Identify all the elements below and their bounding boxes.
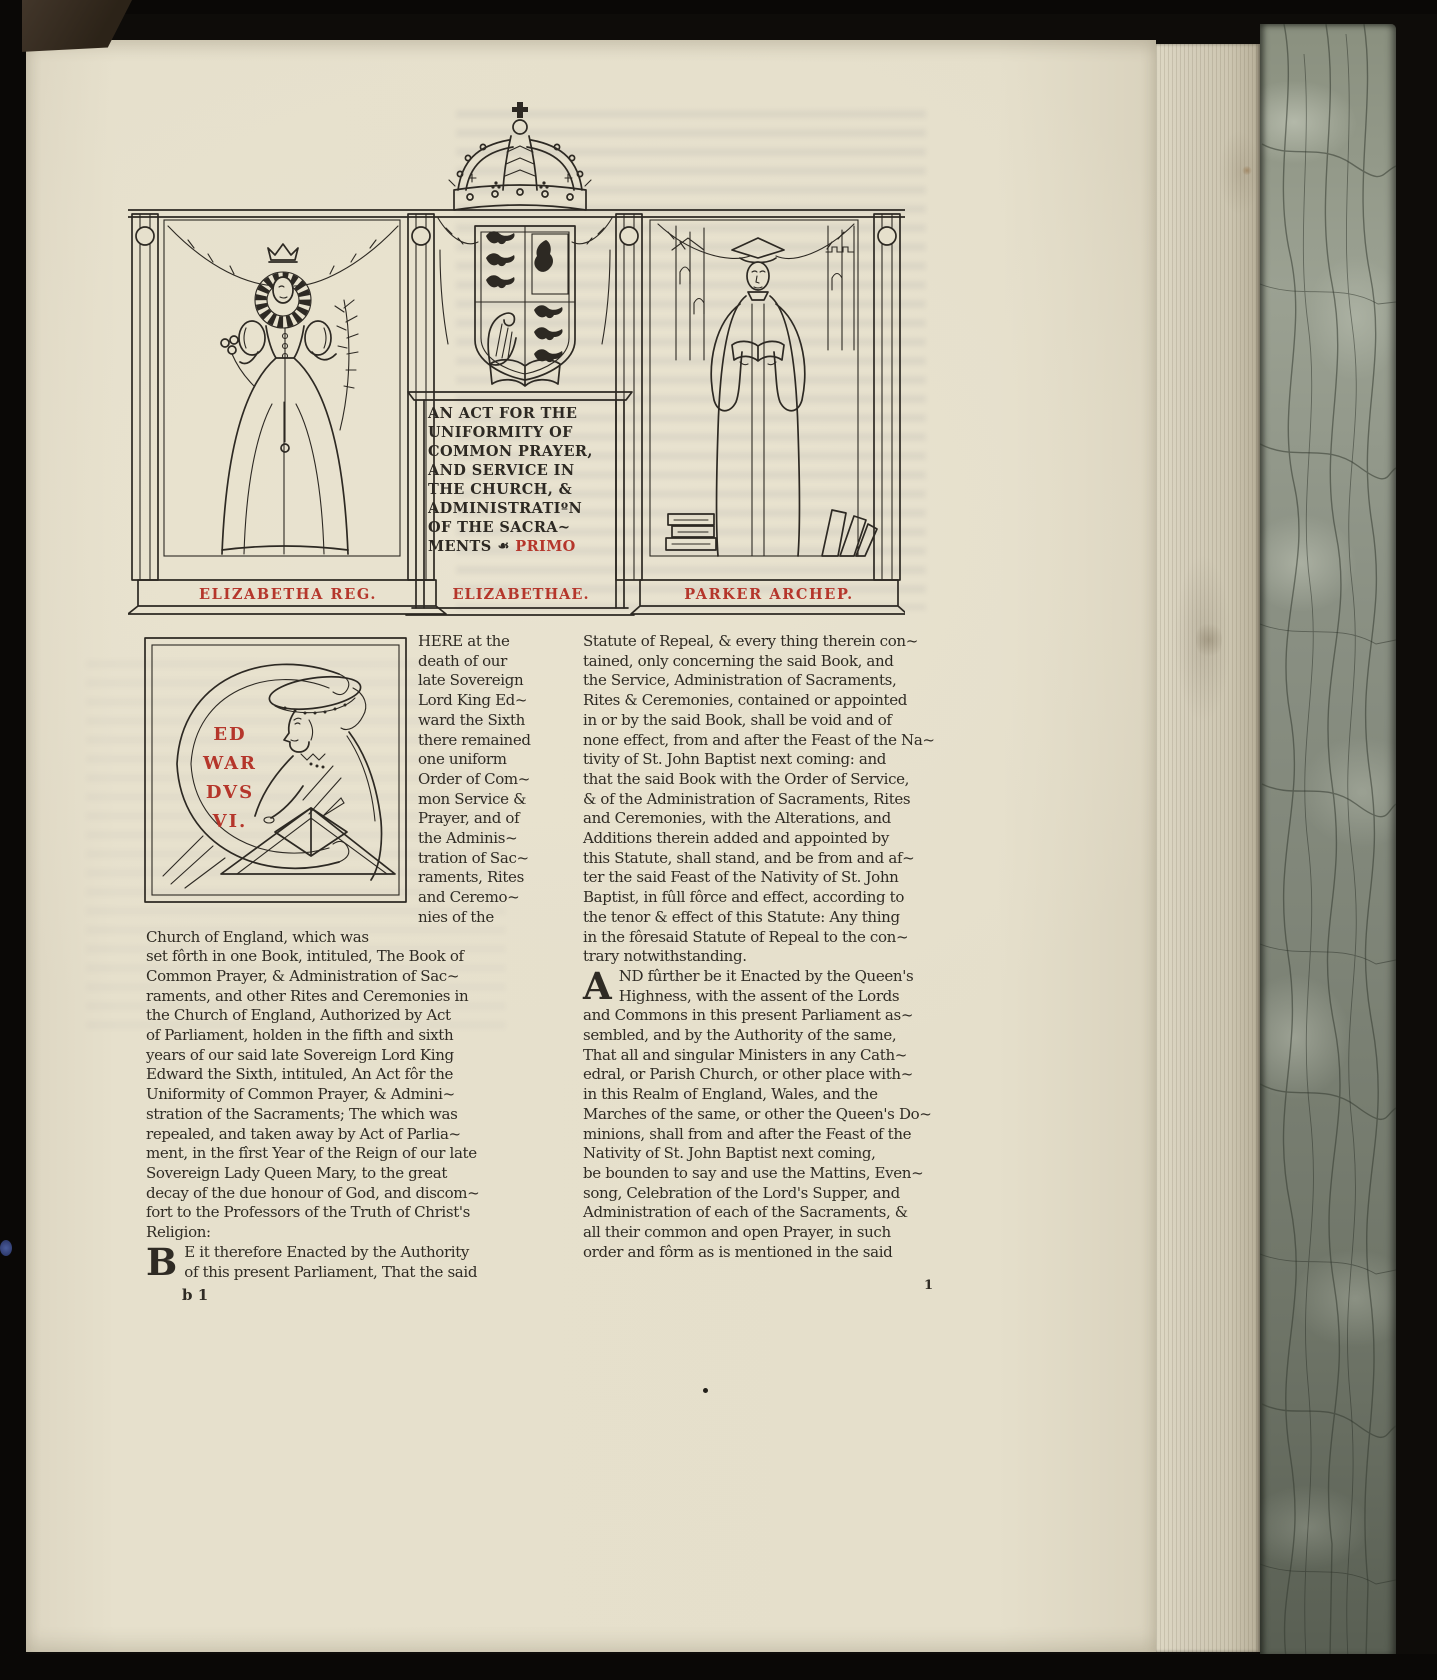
- paragraph-statute-of-repeal: Statute of Repeal, & every thing therein…: [583, 632, 945, 967]
- act-title-last-line: MENTS ☙ PRIMO: [428, 537, 614, 556]
- paragraph-be-it-enacted: BE it therefore Enacted by the Authority…: [146, 1243, 540, 1282]
- photo-background: [0, 1654, 1437, 1680]
- left-text-column: ED WAR DVS VI. HERE at the death of our …: [146, 632, 540, 1282]
- dropcap-b: B: [146, 1243, 184, 1279]
- open-book-icon: [732, 341, 784, 361]
- act-title-text: AN ACT FOR THE UNIFORMITY OF COMMON PRAY…: [428, 404, 614, 537]
- marbled-cover-board: [1260, 24, 1396, 1658]
- caption-parker-archep: PARKER ARCHEP.: [640, 586, 898, 603]
- photo-background: [0, 0, 26, 1680]
- book-photograph: AN ACT FOR THE UNIFORMITY OF COMMON PRAY…: [0, 0, 1437, 1680]
- book-stack-icon: [666, 514, 716, 550]
- queen-elizabeth-figure: [164, 220, 400, 556]
- edward-vi-initial-block: ED WAR DVS VI.: [143, 636, 408, 904]
- paragraph-and-further-enacted: AND fûrther be it Enacted by the Queen's…: [583, 967, 945, 1263]
- headpiece-woodcut: AN ACT FOR THE UNIFORMITY OF COMMON PRAY…: [128, 100, 905, 620]
- book-page: AN ACT FOR THE UNIFORMITY OF COMMON PRAY…: [26, 40, 1156, 1652]
- marble-veins-art: [1260, 24, 1396, 1658]
- page-number: 1: [924, 1278, 933, 1293]
- royal-crown-icon: [449, 102, 591, 210]
- archbishop-parker-figure: [650, 220, 877, 556]
- gathering-signature: b 1: [182, 1286, 208, 1304]
- leaning-books-icon: [822, 510, 877, 556]
- coat-of-arms: [438, 218, 612, 386]
- architrave-beam: [128, 210, 905, 217]
- ink-speck: [703, 1388, 708, 1393]
- edward-vi-portrait-art: [143, 636, 408, 904]
- caption-elizabetha-reg: ELIZABETHA REG.: [140, 586, 436, 603]
- blue-ink-speck: [0, 1240, 12, 1256]
- act-title-ments: MENTS: [428, 537, 492, 556]
- act-title-cartouche: AN ACT FOR THE UNIFORMITY OF COMMON PRAY…: [428, 404, 614, 556]
- edward-vi-caption: ED WAR DVS VI.: [187, 720, 273, 836]
- right-text-column: Statute of Repeal, & every thing therein…: [583, 632, 945, 1263]
- foxing-spot: [1242, 166, 1252, 175]
- act-title-primo: PRIMO: [515, 537, 575, 556]
- foxing-smudge: [1196, 620, 1222, 660]
- leaf-ornament-icon: ☙: [498, 537, 510, 556]
- fore-edge-page-block: [1156, 44, 1260, 1652]
- dropcap-a: A: [583, 967, 619, 1003]
- caption-elizabethae: ELIZABETHAE.: [424, 586, 618, 603]
- photo-background: [0, 0, 1437, 14]
